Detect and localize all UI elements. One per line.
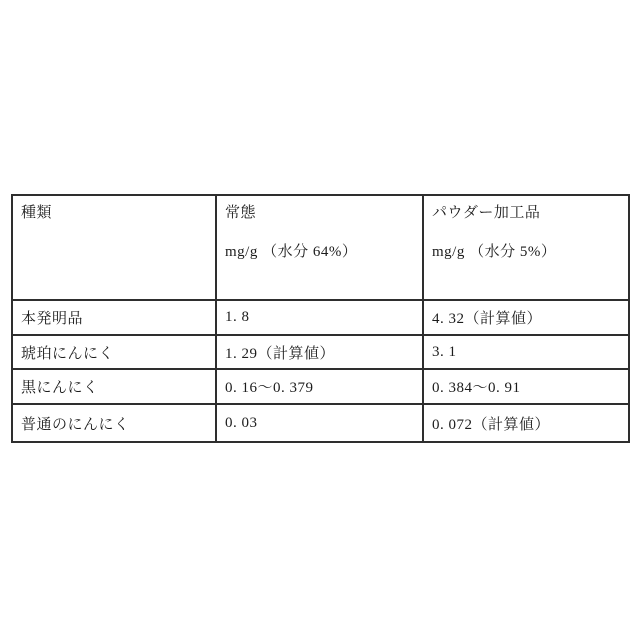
garlic-content-table: 種類 常態 mg/g （水分 64%） パウダー加工品 mg/g （水分 5%）…	[11, 194, 630, 443]
header-cell-powder-product: パウダー加工品 mg/g （水分 5%）	[423, 195, 629, 300]
header-normal-state-label: 常態	[225, 201, 414, 222]
table-header-row: 種類 常態 mg/g （水分 64%） パウダー加工品 mg/g （水分 5%）	[12, 195, 629, 300]
cell-row0-normal-value: 1. 8	[216, 300, 423, 335]
header-powder-product-label: パウダー加工品	[432, 201, 620, 222]
cell-row1-normal-value: 1. 29（計算値）	[216, 335, 423, 369]
cell-row0-type: 本発明品	[12, 300, 216, 335]
header-normal-state-unit: mg/g （水分 64%）	[225, 240, 414, 261]
cell-row3-type: 普通のにんにく	[12, 404, 216, 442]
cell-row2-normal-value: 0. 16～0. 379	[216, 369, 423, 404]
table-row-invention-product: 本発明品 1. 8 4. 32（計算値）	[12, 300, 629, 335]
table-row-ordinary-garlic: 普通のにんにく 0. 03 0. 072（計算値）	[12, 404, 629, 442]
cell-row3-powder-value: 0. 072（計算値）	[423, 404, 629, 442]
cell-row2-type: 黒にんにく	[12, 369, 216, 404]
header-cell-type: 種類	[12, 195, 216, 300]
table-row-amber-garlic: 琥珀にんにく 1. 29（計算値） 3. 1	[12, 335, 629, 369]
cell-row1-powder-value: 3. 1	[423, 335, 629, 369]
header-cell-normal-state: 常態 mg/g （水分 64%）	[216, 195, 423, 300]
cell-row0-powder-value: 4. 32（計算値）	[423, 300, 629, 335]
header-type-label: 種類	[21, 201, 207, 222]
cell-row1-type: 琥珀にんにく	[12, 335, 216, 369]
scanned-document-page: 種類 常態 mg/g （水分 64%） パウダー加工品 mg/g （水分 5%）…	[0, 0, 640, 640]
cell-row2-powder-value: 0. 384～0. 91	[423, 369, 629, 404]
table-row-black-garlic: 黒にんにく 0. 16～0. 379 0. 384～0. 91	[12, 369, 629, 404]
header-powder-product-unit: mg/g （水分 5%）	[432, 240, 620, 261]
cell-row3-normal-value: 0. 03	[216, 404, 423, 442]
